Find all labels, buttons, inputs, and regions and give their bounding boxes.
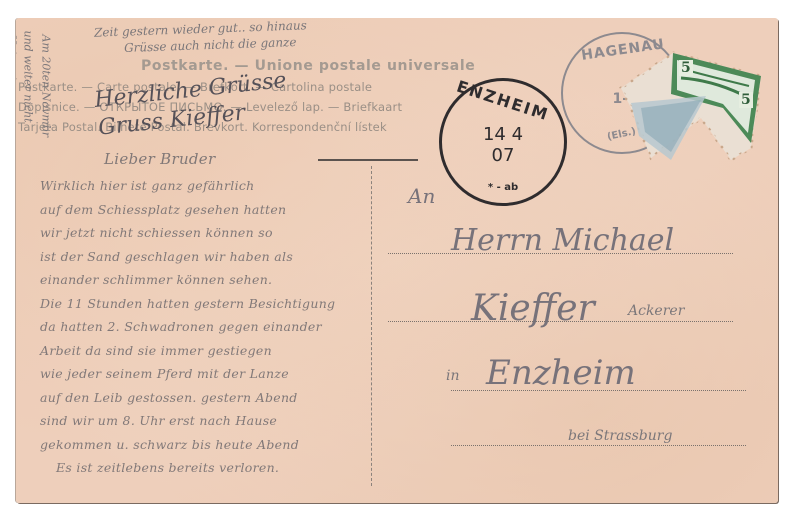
message-line: wie jeder seinem Pferd mit der Lanze [40,366,289,381]
handwritten-top-2: Grüsse auch nicht die ganze [124,35,297,55]
message-line: Arbeit da sind sie immer gestiegen [40,343,272,358]
side-note-2: und weiter nicht [22,31,35,171]
address-line-2-note: Ackerer [628,303,684,319]
horizontal-rule [318,159,418,161]
stamp-value-left: 5 [679,60,693,76]
postmark-town: ENZHEIM [442,73,564,129]
message-line: da hatten 2. Schwadronen gegen einander [40,319,322,334]
address-line-3-prefix: in [446,368,460,384]
postmark-year: 07 [492,145,515,166]
message-line: auf den Leib gestossen. gestern Abend [40,390,298,405]
message-line: ist der Sand geschlagen wir haben als [40,249,293,264]
postmark-month: 4 [512,124,523,145]
side-note-3: Heimreise [16,35,19,175]
message-line: Die 11 Stunden hatten gestern Besichtigu… [40,296,335,311]
message-salutation: Lieber Bruder [104,150,215,168]
side-note-1: Am 20ten Novmbr [40,35,53,175]
postmark-enzheim: ENZHEIM 14 4 07 * - ab [439,78,567,206]
address-rule-3 [451,390,746,391]
postmark-date: 14 4 [483,124,523,145]
address-rule-1 [388,253,733,254]
message-line: auf dem Schiessplatz gesehen hatten [40,202,286,217]
printed-title: Postkarte. — Unione postale universale [141,58,475,74]
address-rule-4 [451,445,746,446]
postmark-day: 14 [483,124,506,145]
address-rule-2 [388,321,733,322]
address-line-4: bei Strassburg [568,428,672,444]
message-line: wir jetzt nicht schiessen können so [40,225,273,240]
message-line: Es ist zeitlebens bereits verloren. [56,460,279,475]
vertical-divider [371,166,372,486]
postcard: Postkarte. — Unione postale universale P… [16,18,778,503]
message-line: sind wir um 8. Uhr erst nach Hause [40,413,277,428]
postmark-footer: * - ab [488,182,518,193]
message-line: Wirklich hier ist ganz gefährlich [40,178,255,193]
message-line: einander schlimmer können sehen. [40,272,272,287]
stamp-value-right: 5 [739,92,753,108]
address-salutation: An [408,184,435,208]
message-line: gekommen u. schwarz bis heute Abend [40,437,299,452]
address-line-3: Enzheim [486,353,636,393]
address-line-2: Kieffer [471,288,595,329]
postage-stamp: 5 5 [611,48,761,163]
